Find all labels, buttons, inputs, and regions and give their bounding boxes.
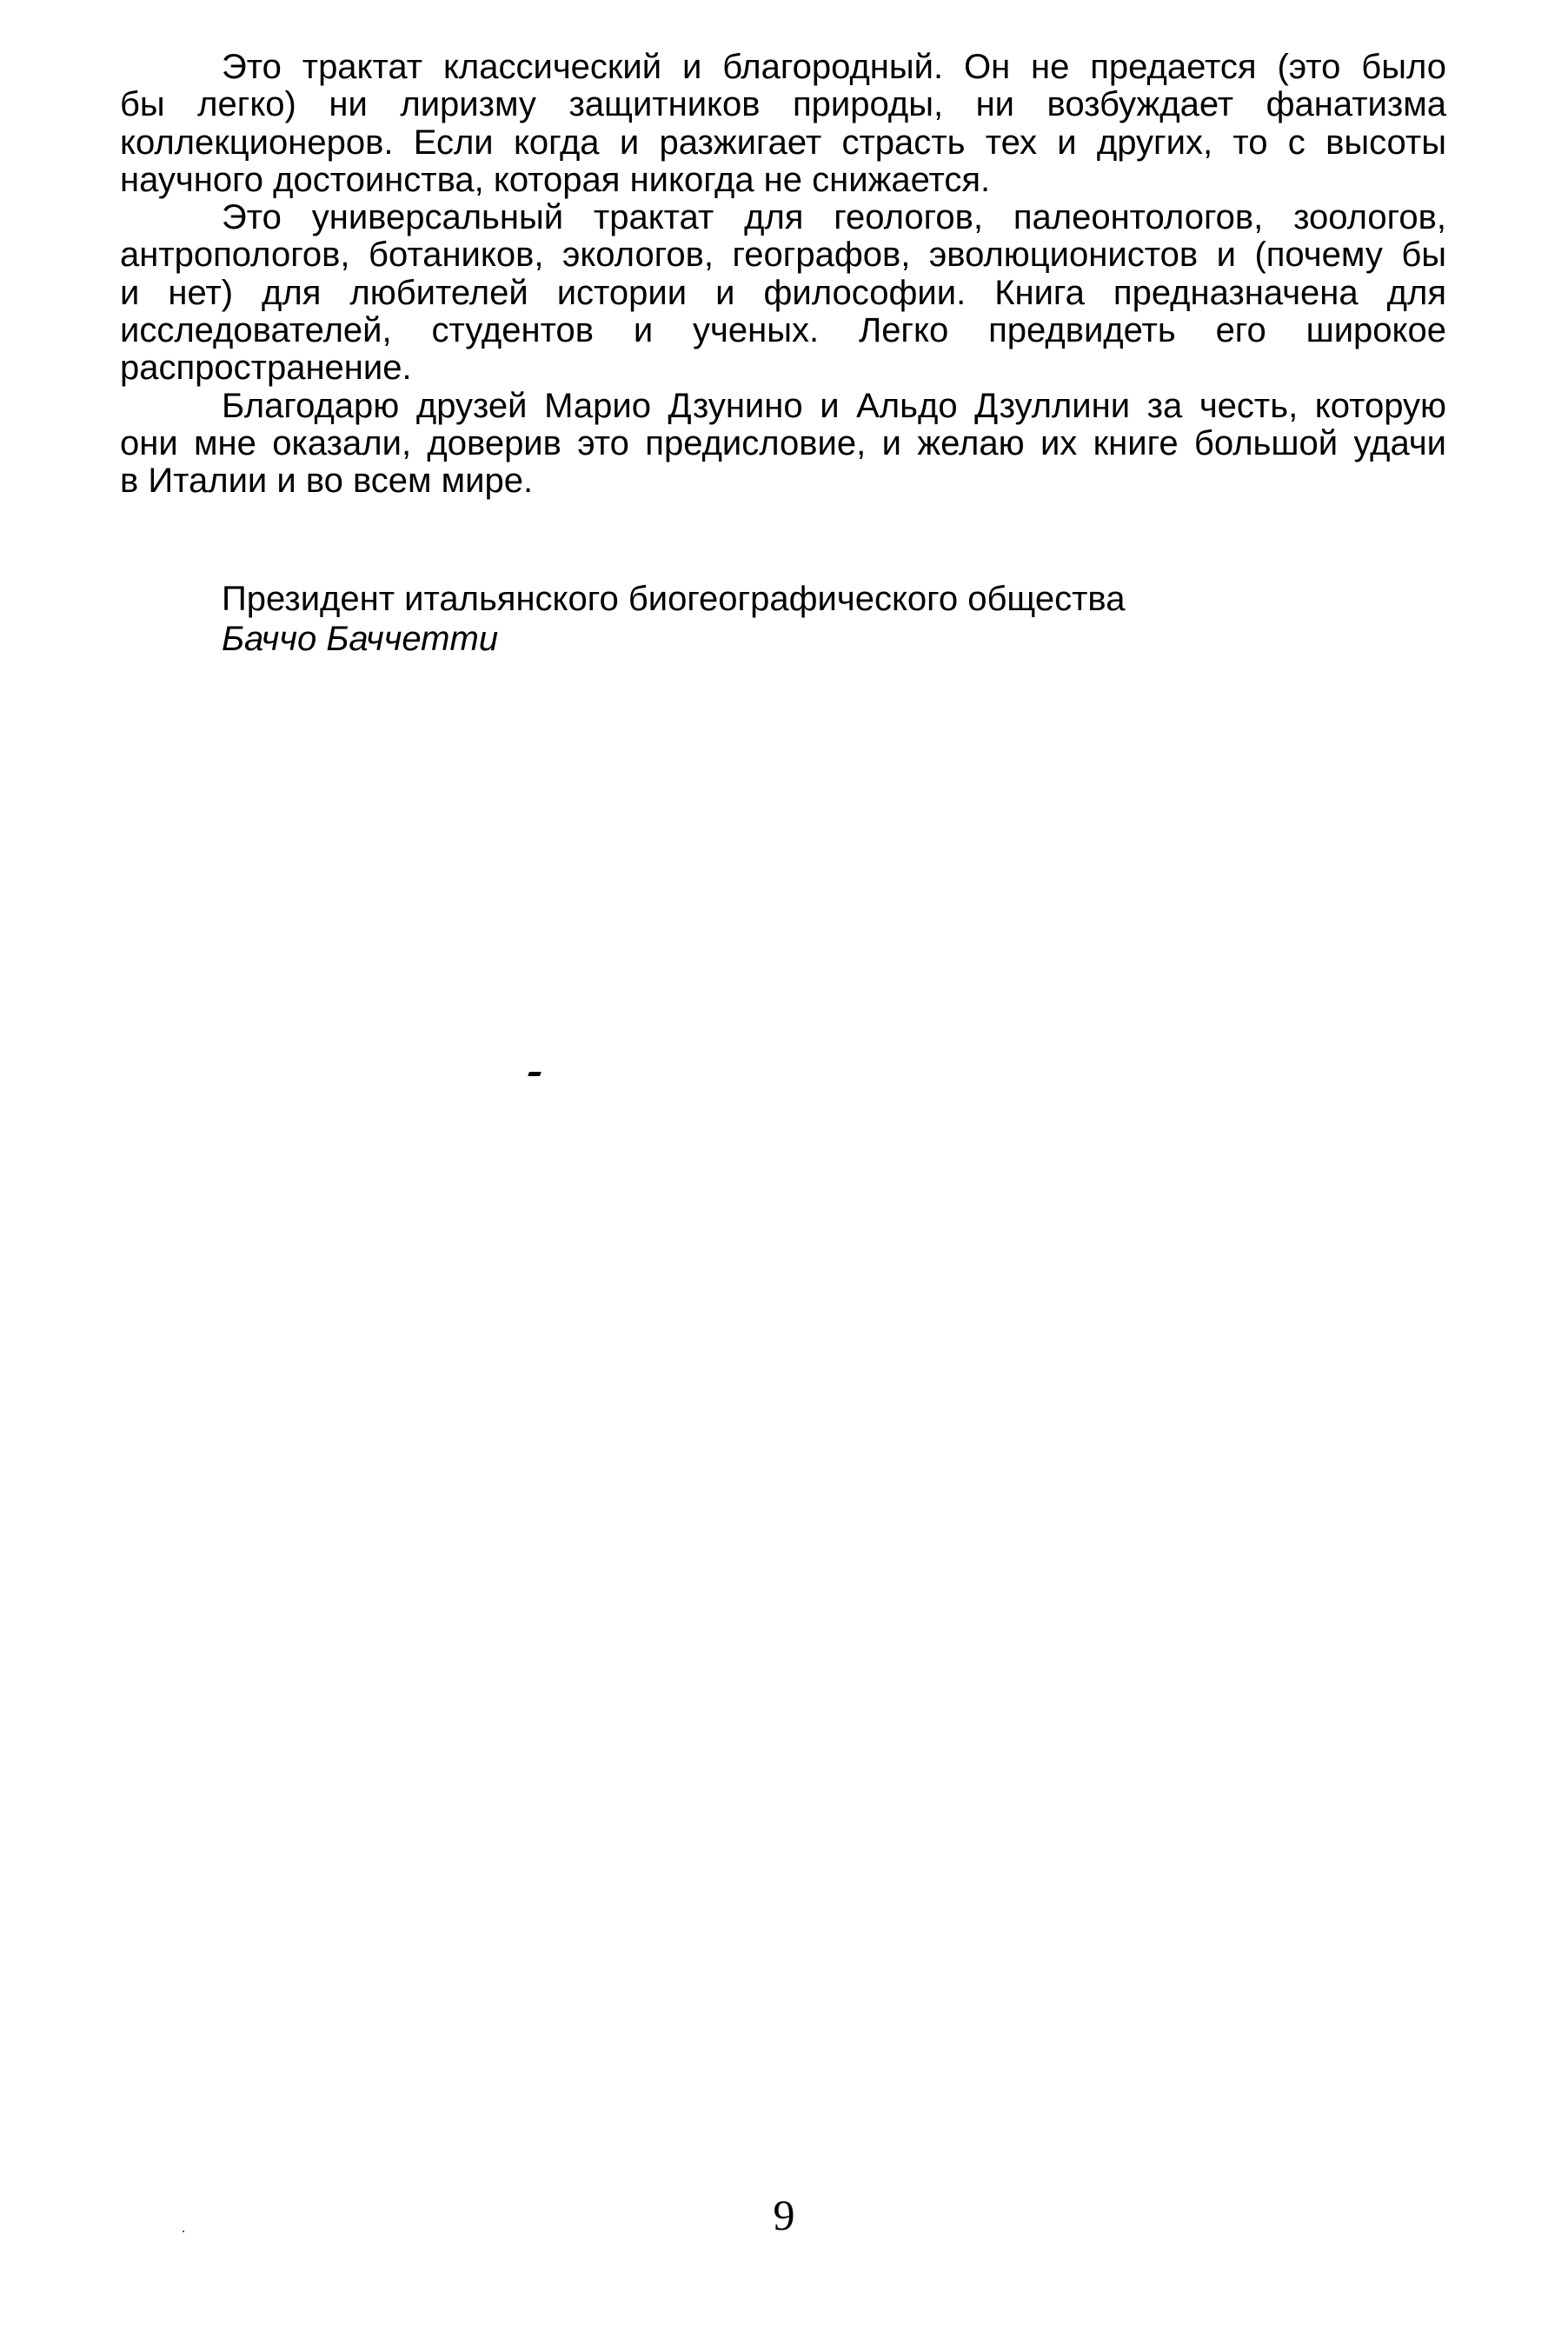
- paragraph-3: Благодарю друзей Марио Дзунино и Альдо Д…: [120, 388, 1446, 501]
- paragraph-line: в Италии и во всем мире.: [120, 462, 1446, 500]
- signature-name: Баччо Баччетти: [222, 619, 1125, 659]
- page-number: 9: [769, 2191, 799, 2239]
- scan-artifact-mark: [528, 1072, 541, 1076]
- paragraph-line: Это универсальный трактат для геологов, …: [120, 199, 1446, 236]
- paragraph-line: научного достоинства, которая никогда не…: [120, 162, 1446, 199]
- signature-title: Президент итальянского биогеографическог…: [222, 579, 1125, 619]
- paragraph-line: Благодарю друзей Марио Дзунино и Альдо Д…: [120, 388, 1446, 425]
- paragraph-line: антропологов, ботаников, экологов, геогр…: [120, 236, 1446, 274]
- paragraph-line: коллекционеров. Если когда и разжигает с…: [120, 124, 1446, 162]
- paragraph-1: Это трактат классический и благородный. …: [120, 49, 1446, 199]
- paragraph-line: бы легко) ни лиризму защитников природы,…: [120, 86, 1446, 123]
- paragraph-line: Это трактат классический и благородный. …: [120, 49, 1446, 86]
- scan-artifact-speck: [183, 2231, 184, 2232]
- paragraph-line: и нет) для любителей истории и философии…: [120, 275, 1446, 312]
- document-page: Это трактат классический и благородный. …: [0, 0, 1568, 2334]
- signature-block: Президент итальянского биогеографическог…: [222, 579, 1125, 659]
- paragraph-2: Это универсальный трактат для геологов, …: [120, 199, 1446, 387]
- body-text: Это трактат классический и благородный. …: [120, 49, 1446, 501]
- paragraph-line: распространение.: [120, 349, 1446, 387]
- paragraph-line: они мне оказали, доверив это предисловие…: [120, 425, 1446, 462]
- paragraph-line: исследователей, студентов и ученых. Легк…: [120, 312, 1446, 349]
